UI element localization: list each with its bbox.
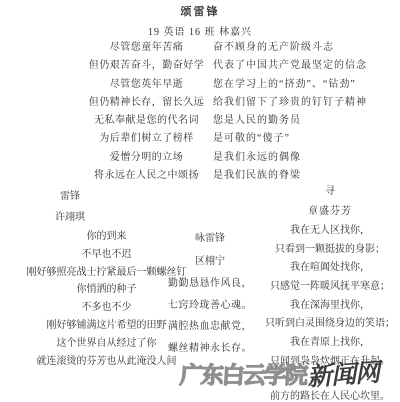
watermark-solid-text: 新闻网	[306, 353, 380, 394]
document-page: 颂雷锋 19 英语 16 班 林嘉兴 尽管您童年苦痛 奋不顾身的无产阶级斗志 但…	[0, 0, 400, 402]
poem-line: 我在青原上找你，	[256, 334, 400, 353]
poem-yong-author: 区栩宁	[147, 251, 273, 273]
poem-ode-couplets: 尽管您童年苦痛 奋不顾身的无产阶级斗志 但仍艰苦奋斗，勤奋好学 代表了中国共产党…	[0, 39, 400, 185]
poem-line: 我在深海里找你，	[256, 297, 400, 316]
couplet-left: 为后辈们树立了榜样	[80, 130, 213, 148]
couplet-row: 但仍精神长存，留长久远 给我们留下了珍贵的钉钉子精神	[0, 94, 400, 112]
couplet-right: 给我们留下了珍贵的钉钉子精神	[213, 94, 400, 112]
poem-line: 只感觉一阵暖风抚平寒意；	[256, 278, 400, 297]
poem-line: 只听到白灵围绕身边的笑语；	[256, 315, 400, 334]
poem-line: 七窍玲珑善心魂。	[147, 295, 273, 317]
couplet-row: 尽管您童年苦痛 奋不顾身的无产阶级斗志	[0, 39, 400, 57]
couplet-right: 是我们永远的偶像	[213, 149, 400, 167]
poem-line: 满腔热血忠献党，	[147, 316, 273, 338]
couplet-left: 但仍精神长存，留长久远	[80, 94, 213, 112]
poem-line: 只看到一颗挺拔的身影；	[256, 241, 400, 260]
poem-xun-title: 寻	[256, 182, 400, 202]
page-title: 颂雷锋	[0, 3, 400, 19]
couplet-left: 爱憎分明的立场	[80, 149, 213, 167]
poem-line: 螺丝精神永长存。	[147, 338, 273, 360]
couplet-right: 是可敬的“傻子”	[213, 130, 400, 148]
poem-line: 勤勤恳恳作风良，	[147, 273, 273, 295]
couplet-right: 您是人民的勤务员	[213, 112, 400, 130]
poem-line: 我在喧阗处找你，	[256, 259, 400, 278]
poem-leifeng-author: 许翊琪	[0, 207, 140, 228]
couplet-row: 为后辈们树立了榜样 是可敬的“傻子”	[0, 130, 400, 148]
couplet-left: 但仍艰苦奋斗，勤奋好学	[80, 57, 213, 75]
watermark-outline-text: 广东白云学院	[179, 357, 307, 390]
couplet-right: 您在学习上的“挤劲”、“钻劲”	[213, 76, 400, 94]
couplet-row: 无私奉献是您的代名词 您是人民的勤务员	[0, 112, 400, 130]
couplet-left: 尽管您童年苦痛	[80, 39, 213, 57]
site-watermark: 广东白云学院 新闻网	[180, 358, 400, 388]
couplet-row: 尽管您英年早逝 您在学习上的“挤劲”、“钻劲”	[0, 76, 400, 94]
couplet-row: 但仍艰苦奋斗，勤奋好学 代表了中国共产党最坚定的信念	[0, 57, 400, 75]
couplet-left: 尽管您英年早逝	[80, 76, 213, 94]
poem-yong-leifeng: 咏雷锋 区栩宁 勤勤恳恳作风良， 七窍玲珑善心魂。 满腔热血忠献党， 螺丝精神永…	[147, 227, 273, 359]
couplet-right: 代表了中国共产党最坚定的信念	[213, 57, 400, 75]
poem-line: 我在无人区找你，	[256, 222, 400, 241]
byline-class-author: 19 英语 16 班 林嘉兴	[0, 23, 400, 38]
poem-leifeng-title: 雷锋	[0, 186, 140, 207]
couplet-left: 无私奉献是您的代名词	[80, 112, 213, 130]
couplet-left: 将永远在人民之中颂扬	[80, 167, 213, 185]
couplet-row: 爱憎分明的立场 是我们永远的偶像	[0, 149, 400, 167]
poem-yong-title: 咏雷锋	[147, 227, 273, 251]
poem-xun-author: 章盛芬芳	[256, 202, 400, 222]
couplet-right: 奋不顾身的无产阶级斗志	[213, 39, 400, 57]
